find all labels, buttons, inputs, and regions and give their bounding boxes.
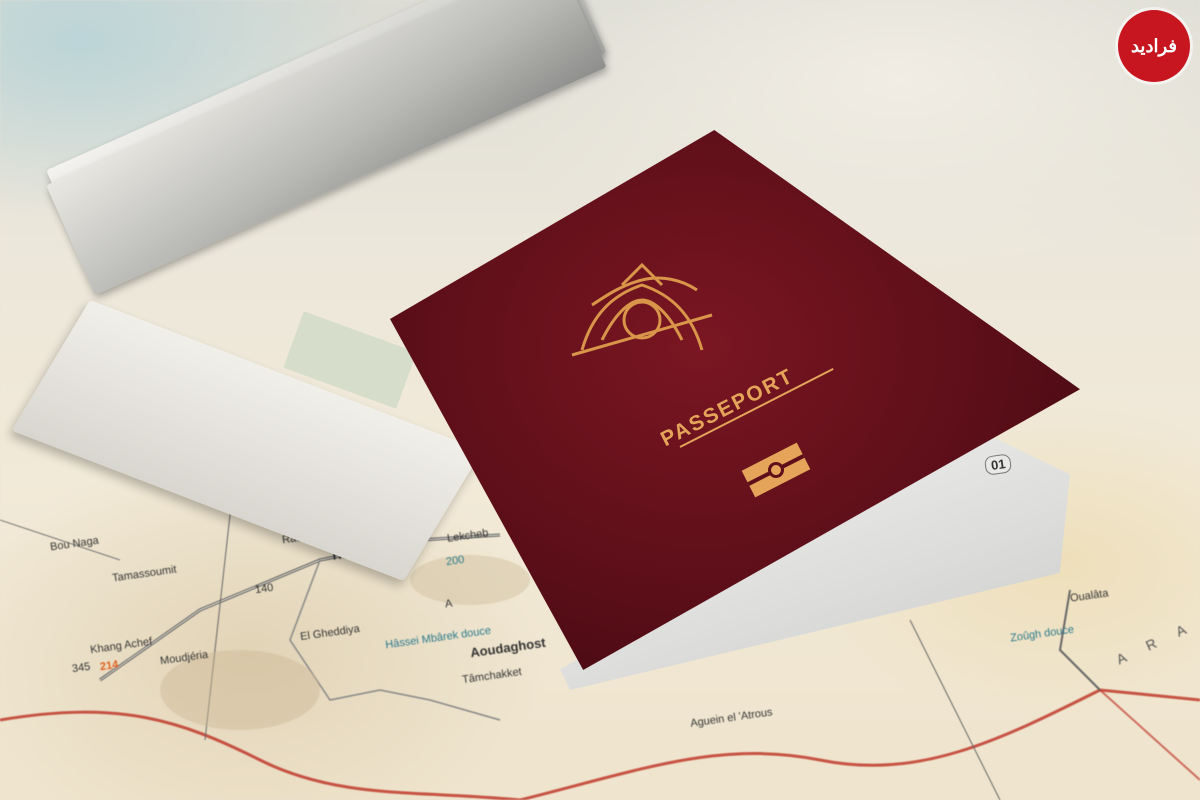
- map-label: 345: [71, 661, 91, 675]
- map-label: A: [444, 598, 453, 611]
- coat-of-arms-icon: [562, 255, 722, 370]
- photo-scene: 24 Tidjikja Bou Naga Tamassoumit Khang A…: [0, 0, 1200, 800]
- watermark-logo: فرادید: [1118, 10, 1190, 82]
- map-label: 214: [99, 659, 119, 673]
- map-label: 200: [445, 554, 465, 568]
- map-label: 140: [254, 582, 274, 596]
